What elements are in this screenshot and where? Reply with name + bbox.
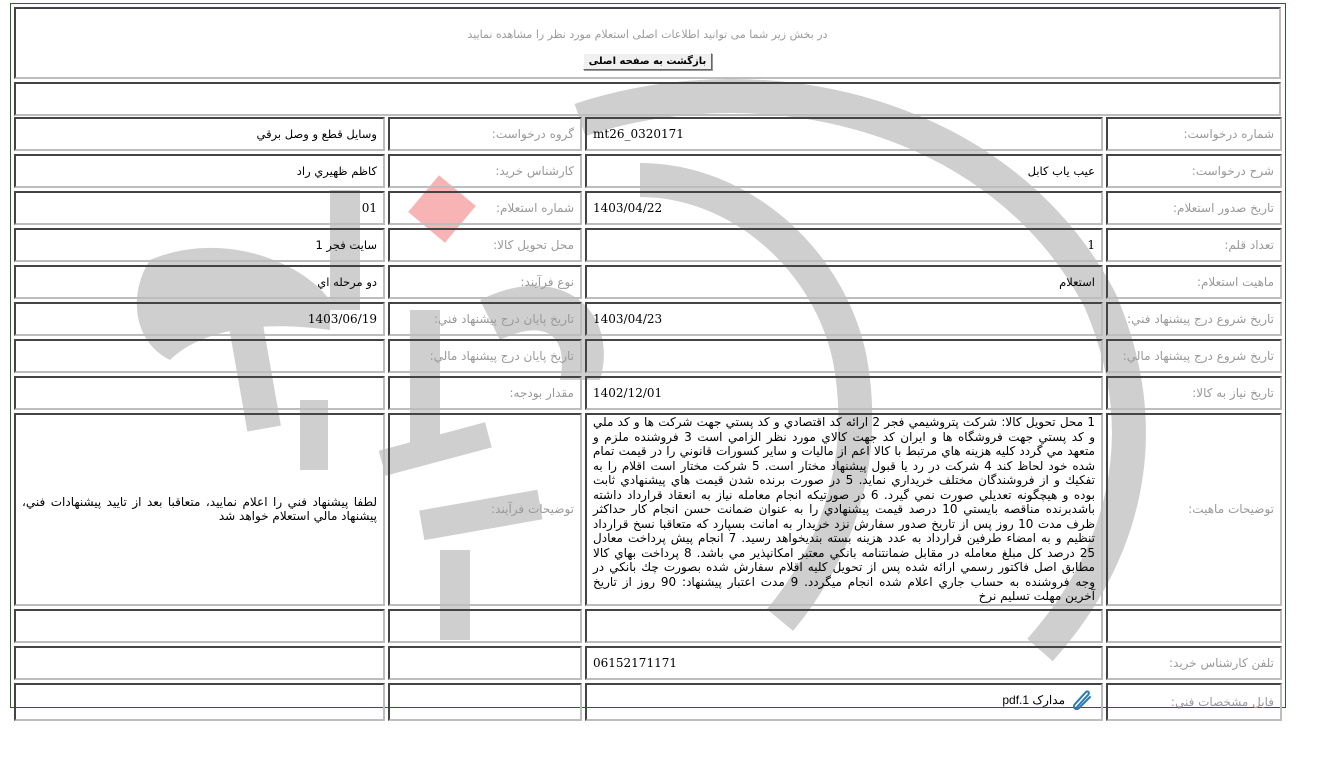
issue-date-value: 1403/04/22	[585, 191, 1103, 225]
tech-end-text: 1403/06/19	[308, 312, 377, 326]
table-row: تاريخ شروع درج پيشنهاد فني: 1403/04/23 ت…	[14, 302, 1282, 336]
table-row	[14, 609, 1282, 643]
table-row: توضيحات ماهيت: 1 محل تحويل كالا: شركت پت…	[14, 413, 1282, 606]
buyer-phone-label: تلفن كارشناس خريد:	[1106, 646, 1282, 680]
process-desc-label: توضيحات فرآيند:	[388, 413, 582, 606]
tech-file-name: مدارک 1.pdf	[1002, 693, 1065, 707]
budget-value	[14, 376, 385, 410]
process-desc-value: لطفا پيشنهاد فني را اعلام نماييد، متعاقب…	[14, 413, 385, 606]
need-date-label: تاريخ نياز به كالا:	[1106, 376, 1282, 410]
table-row: تاريخ صدور استعلام: 1403/04/22 شماره است…	[14, 191, 1282, 225]
request-desc-label: شرح درخواست:	[1106, 154, 1282, 188]
table-row: فايل مشخصات فني: مدارک 1.pdf	[14, 683, 1282, 721]
empty-cell	[388, 646, 582, 680]
fin-end-value	[14, 339, 385, 373]
inquiry-number-text: 01	[362, 201, 377, 215]
request-group-label: گروه درخواست:	[388, 117, 582, 151]
back-to-home-button[interactable]: بازگشت به صفحه اصلی	[583, 53, 713, 70]
request-group-value: وسايل قطع و وصل برقي	[14, 117, 385, 151]
tech-file-label: فايل مشخصات فني:	[1106, 683, 1282, 721]
buyer-value: كاظم ظهيري راد	[14, 154, 385, 188]
process-type-label: نوع فرآيند:	[388, 265, 582, 299]
table-row: تاريخ شروع درج پيشنهاد مالي: تاريخ پايان…	[14, 339, 1282, 373]
delivery-place-label: محل تحويل كالا:	[388, 228, 582, 262]
empty-cell	[1106, 609, 1282, 643]
table-row: ماهيت استعلام: استعلام نوع فرآيند: دو مر…	[14, 265, 1282, 299]
request-number-value: mt26_0320171	[585, 117, 1103, 151]
inquiry-nature-label: ماهيت استعلام:	[1106, 265, 1282, 299]
issue-date-label: تاريخ صدور استعلام:	[1106, 191, 1282, 225]
item-count-value: 1	[585, 228, 1103, 262]
info-text: در بخش زیر شما می توانید اطلاعات اصلی اس…	[16, 28, 1279, 41]
main-frame: در بخش زیر شما می توانید اطلاعات اصلی اس…	[10, 3, 1286, 708]
inquiry-number-label: شماره استعلام:	[388, 191, 582, 225]
paperclip-icon	[1069, 687, 1095, 713]
inquiry-details-table: شماره درخواست: mt26_0320171 گروه درخواست…	[11, 114, 1285, 724]
nature-desc-label: توضيحات ماهيت:	[1106, 413, 1282, 606]
tech-start-value: 1403/04/23	[585, 302, 1103, 336]
fin-end-label: تاريخ پايان درج پيشنهاد مالي:	[388, 339, 582, 373]
need-date-value: 1402/12/01	[585, 376, 1103, 410]
delivery-place-value: سايت فجر 1	[14, 228, 385, 262]
inquiry-number-value: 01	[14, 191, 385, 225]
empty-cell	[388, 683, 582, 721]
table-row: تعداد قلم: 1 محل تحويل كالا: سايت فجر 1	[14, 228, 1282, 262]
budget-label: مقدار بودجه:	[388, 376, 582, 410]
buyer-label: كارشناس خريد:	[388, 154, 582, 188]
item-count-label: تعداد قلم:	[1106, 228, 1282, 262]
nature-desc-value: 1 محل تحويل كالا: شركت پتروشيمي فجر 2 ار…	[585, 413, 1103, 606]
request-desc-value: عيب ياب كابل	[585, 154, 1103, 188]
empty-cell	[388, 609, 582, 643]
tech-end-value: 1403/06/19	[14, 302, 385, 336]
buyer-phone-value: 06152171171	[585, 646, 1103, 680]
empty-cell	[585, 609, 1103, 643]
fin-start-label: تاريخ شروع درج پيشنهاد مالي:	[1106, 339, 1282, 373]
fin-start-value	[585, 339, 1103, 373]
tech-file-link[interactable]: مدارک 1.pdf	[1002, 687, 1095, 713]
inquiry-nature-value: استعلام	[585, 265, 1103, 299]
tech-file-cell: مدارک 1.pdf	[585, 683, 1103, 721]
process-type-value: دو مرحله اي	[14, 265, 385, 299]
table-row: شماره درخواست: mt26_0320171 گروه درخواست…	[14, 117, 1282, 151]
table-row: تلفن كارشناس خريد: 06152171171	[14, 646, 1282, 680]
table-row: تاريخ نياز به كالا: 1402/12/01 مقدار بود…	[14, 376, 1282, 410]
request-number-label: شماره درخواست:	[1106, 117, 1282, 151]
tech-start-label: تاريخ شروع درج پيشنهاد فني:	[1106, 302, 1282, 336]
empty-cell	[14, 646, 385, 680]
spacer-panel	[14, 82, 1281, 116]
empty-cell	[14, 683, 385, 721]
empty-cell	[14, 609, 385, 643]
header-panel: در بخش زیر شما می توانید اطلاعات اصلی اس…	[14, 7, 1281, 79]
tech-end-label: تاريخ پايان درج پيشنهاد فني:	[388, 302, 582, 336]
table-row: شرح درخواست: عيب ياب كابل كارشناس خريد: …	[14, 154, 1282, 188]
